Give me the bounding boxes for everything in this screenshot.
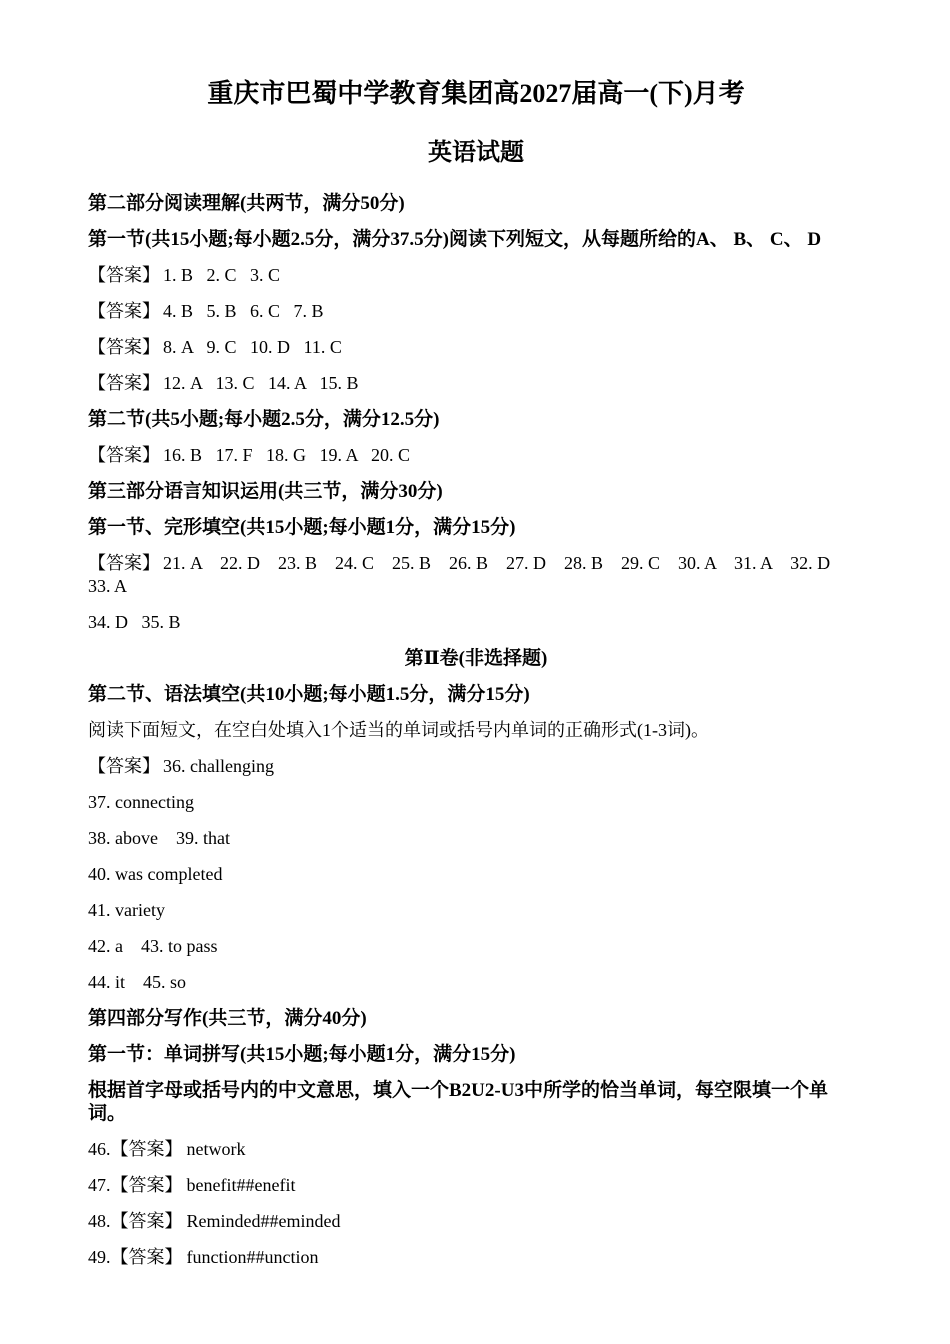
part4-section1-heading: 第一节：单词拼写(共15小题;每小题1分，满分15分) [88, 1043, 864, 1066]
answer-row-q42-43: 42. a 43. to pass [88, 935, 864, 958]
answer-word: benefit##enefit [187, 1175, 296, 1195]
answer-row-q12-15: 【答案】12. A 13. C 14. A 15. B [88, 372, 864, 395]
part4-instruction: 根据首字母或括号内的中文意思，填入一个B2U2-U3中所学的恰当单词，每空限填一… [88, 1079, 864, 1125]
answer-row-q48: 48.【答案】Reminded##eminded [88, 1210, 864, 1233]
answer-row-q8-11: 【答案】8. A 9. C 10. D 11. C [88, 336, 864, 359]
answer-label: 【答案】 [88, 337, 160, 357]
answer-values: 1. B 2. C 3. C [163, 265, 280, 285]
grammar-instruction: 阅读下面短文，在空白处填入1个适当的单词或括号内单词的正确形式(1-3词)。 [88, 719, 864, 742]
part3-section1-heading: 第一节、完形填空(共15小题;每小题1分，满分15分) [88, 516, 864, 539]
document-title: 重庆市巴蜀中学教育集团高2027届高一(下)月考 [88, 78, 864, 110]
answer-row-q21-33: 【答案】21. A 22. D 23. B 24. C 25. B 26. B … [88, 552, 864, 598]
answer-values: 12. A 13. C 14. A 15. B [163, 373, 359, 393]
answer-values: 16. B 17. F 18. G 19. A 20. C [163, 445, 410, 465]
volume2-heading: 第Ⅱ卷(非选择题) [88, 647, 864, 670]
answer-label: 【答案】 [111, 1247, 183, 1267]
answer-row-q44-45: 44. it 45. so [88, 971, 864, 994]
part2-section2-heading: 第二节(共5小题;每小题2.5分，满分12.5分) [88, 408, 864, 431]
grammar-section-heading: 第二节、语法填空(共10小题;每小题1.5分，满分15分) [88, 683, 864, 706]
answer-label: 【答案】 [111, 1139, 183, 1159]
answer-label: 【答案】 [88, 756, 160, 776]
answer-row-q41: 41. variety [88, 899, 864, 922]
question-number: 47. [88, 1175, 111, 1195]
question-number: 48. [88, 1211, 111, 1231]
answer-label: 【答案】 [88, 373, 160, 393]
answer-label: 【答案】 [111, 1211, 183, 1231]
question-number: 49. [88, 1247, 111, 1267]
answer-row-q38-39: 38. above 39. that [88, 827, 864, 850]
answer-row-q4-7: 【答案】4. B 5. B 6. C 7. B [88, 300, 864, 323]
answer-row-q36: 【答案】36. challenging [88, 755, 864, 778]
answer-row-q47: 47.【答案】benefit##enefit [88, 1174, 864, 1197]
answer-word: function##unction [187, 1247, 319, 1267]
part4-heading: 第四部分写作(共三节，满分40分) [88, 1007, 864, 1030]
answer-label: 【答案】 [88, 445, 160, 465]
answer-row-q40: 40. was completed [88, 863, 864, 886]
answer-row-q37: 37. connecting [88, 791, 864, 814]
part2-section1-heading: 第一节(共15小题;每小题2.5分，满分37.5分)阅读下列短文，从每题所给的A… [88, 228, 864, 251]
part2-heading: 第二部分阅读理解(共两节，满分50分) [88, 192, 864, 215]
answer-label: 【答案】 [88, 553, 160, 573]
question-number: 46. [88, 1139, 111, 1159]
answer-word: network [187, 1139, 246, 1159]
answer-label: 【答案】 [111, 1175, 183, 1195]
answer-label: 【答案】 [88, 265, 160, 285]
answer-values: 36. challenging [163, 756, 274, 776]
part3-heading: 第三部分语言知识运用(共三节，满分30分) [88, 480, 864, 503]
answer-values: 8. A 9. C 10. D 11. C [163, 337, 342, 357]
answer-row-q49: 49.【答案】function##unction [88, 1246, 864, 1269]
answer-row-q46: 46.【答案】network [88, 1138, 864, 1161]
answer-row-q16-20: 【答案】16. B 17. F 18. G 19. A 20. C [88, 444, 864, 467]
answer-values: 4. B 5. B 6. C 7. B [163, 301, 324, 321]
exam-answer-document: 重庆市巴蜀中学教育集团高2027届高一(下)月考 英语试题 第二部分阅读理解(共… [0, 0, 950, 1344]
answer-values: 21. A 22. D 23. B 24. C 25. B 26. B 27. … [88, 553, 848, 596]
document-subtitle: 英语试题 [88, 138, 864, 168]
answer-word: Reminded##eminded [187, 1211, 341, 1231]
answer-row-q1-3: 【答案】1. B 2. C 3. C [88, 264, 864, 287]
answer-label: 【答案】 [88, 301, 160, 321]
answer-row-q34-35: 34. D 35. B [88, 611, 864, 634]
